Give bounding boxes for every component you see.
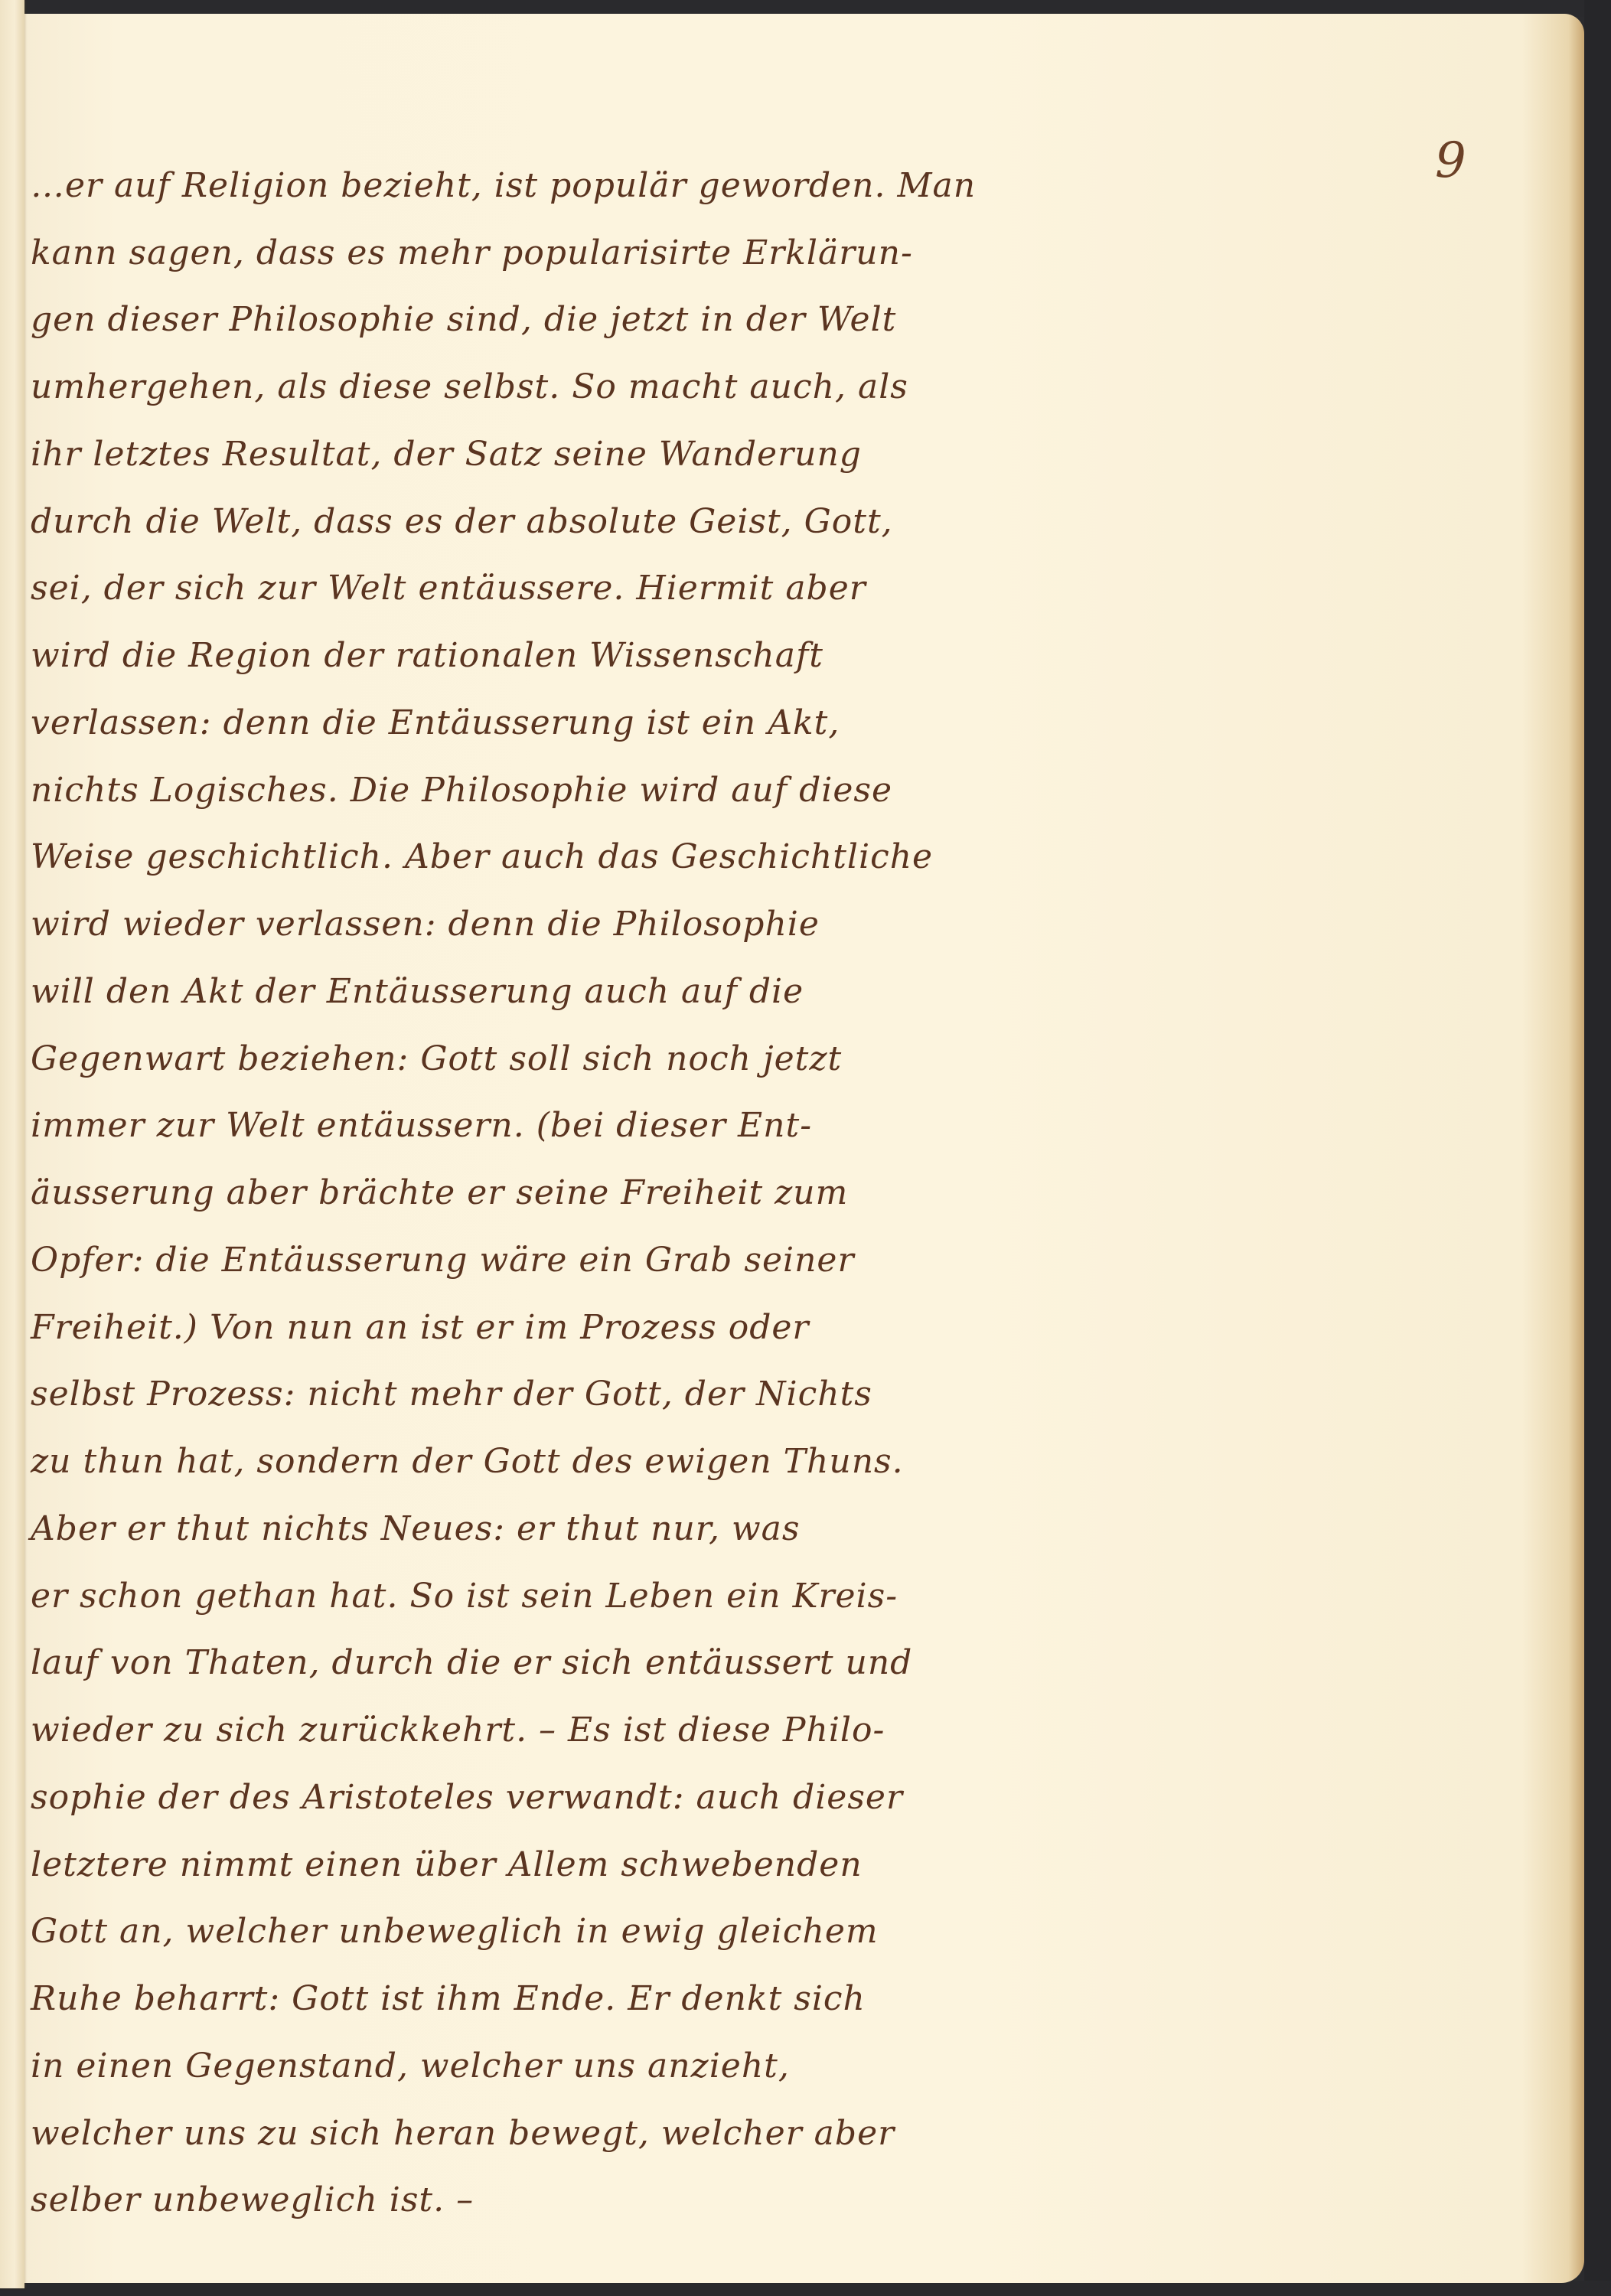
text-line: Freiheit.) Von nun an ist er im Prozess … — [31, 1305, 809, 1351]
text-line: welcher uns zu sich heran bewegt, welche… — [31, 2111, 895, 2157]
text-line: durch die Welt, dass es der absolute Gei… — [31, 499, 893, 545]
text-line: sei, der sich zur Welt entäussere. Hierm… — [31, 566, 866, 612]
text-line: lauf von Thaten, durch die er sich entäu… — [31, 1640, 912, 1686]
book-cover-right — [1584, 0, 1611, 2296]
text-line: er schon gethan hat. So ist sein Leben e… — [31, 1574, 898, 1619]
text-line: in einen Gegenstand, welcher uns anzieht… — [31, 2043, 790, 2089]
text-line: umhergehen, als diese selbst. So macht a… — [31, 364, 908, 410]
text-line: Opfer: die Entäusserung wäre ein Grab se… — [31, 1238, 855, 1283]
text-line: ihr letztes Resultat, der Satz seine Wan… — [31, 432, 862, 478]
text-line: gen dieser Philosophie sind, die jetzt i… — [31, 297, 896, 343]
text-line: kann sagen, dass es mehr popularisirte E… — [31, 230, 913, 276]
text-line: nichts Logisches. Die Philosophie wird a… — [31, 768, 892, 814]
text-line: zu thun hat, sondern der Gott des ewigen… — [31, 1439, 904, 1485]
text-line: selbst Prozess: nicht mehr der Gott, der… — [31, 1371, 872, 1417]
text-line: äusserung aber brächte er seine Freiheit… — [31, 1170, 848, 1216]
page-number: 9 — [1435, 132, 1466, 189]
text-line: Weise geschichtlich. Aber auch das Gesch… — [31, 834, 933, 880]
text-line: Aber er thut nichts Neues: er thut nur, … — [31, 1506, 800, 1552]
book-cover-bottom — [0, 2281, 1611, 2296]
text-line: wieder zu sich zurückkehrt. – Es ist die… — [31, 1707, 885, 1753]
text-line: wird wieder verlassen: denn die Philosop… — [31, 902, 820, 947]
text-line: will den Akt der Entäusserung auch auf d… — [31, 969, 804, 1015]
text-line: selber unbeweglich ist. – — [31, 2177, 474, 2223]
text-line: wird die Region der rationalen Wissensch… — [31, 633, 823, 679]
text-line: verlassen: denn die Entäusserung ist ein… — [31, 700, 840, 746]
text-line: letztere nimmt einen über Allem schweben… — [31, 1842, 863, 1888]
text-line: immer zur Welt entäussern. (bei dieser E… — [31, 1103, 812, 1149]
text-line: Gegenwart beziehen: Gott soll sich noch … — [31, 1036, 842, 1082]
text-line: …er auf Religion bezieht, ist populär ge… — [31, 163, 976, 209]
text-line: Ruhe beharrt: Gott ist ihm Ende. Er denk… — [31, 1976, 866, 2022]
facing-page-edge — [0, 0, 24, 2288]
manuscript-page: 9 …er auf Religion bezieht, ist populär … — [23, 14, 1584, 2283]
text-line: Gott an, welcher unbeweglich in ewig gle… — [31, 1909, 879, 1955]
text-line: sophie der des Aristoteles verwandt: auc… — [31, 1775, 903, 1821]
